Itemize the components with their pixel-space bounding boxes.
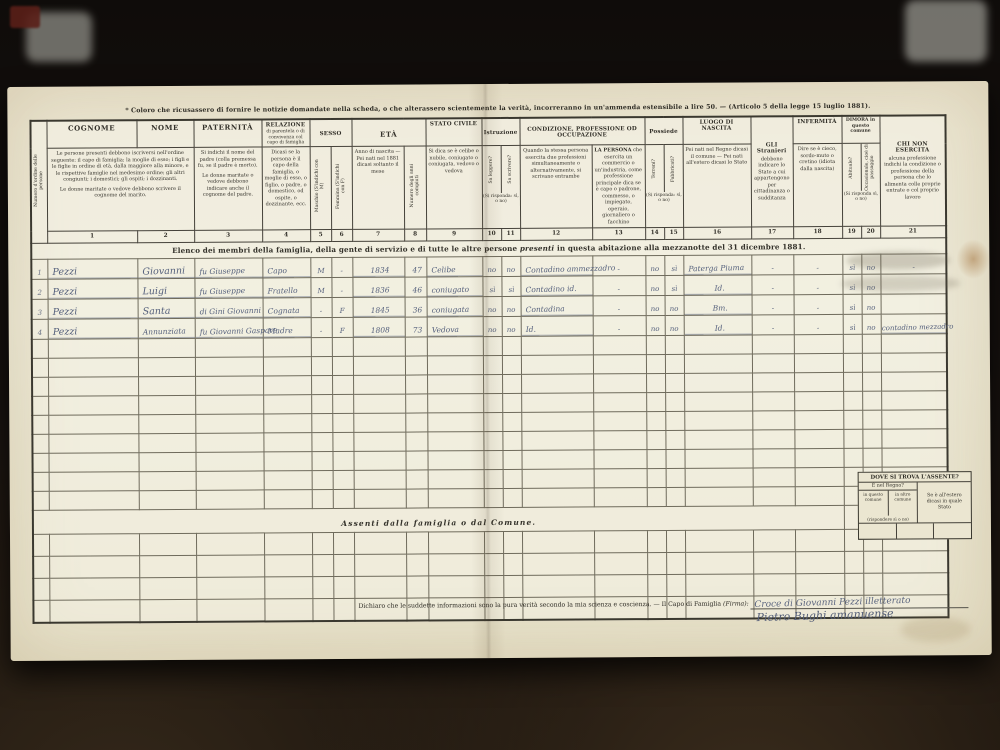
table-surface: * Coloro che ricusassero di fornire le n… bbox=[0, 0, 1000, 750]
cell-infermita: - bbox=[817, 322, 820, 332]
cell-stato-civile: Vedova bbox=[427, 323, 458, 335]
cell-nome: Annunziata bbox=[138, 325, 185, 337]
cell-anni: 36 bbox=[409, 304, 423, 315]
cell-terreni: no bbox=[651, 323, 660, 333]
cell-sa-scrivere: no bbox=[507, 324, 516, 334]
cell-sesso-f: - bbox=[341, 285, 344, 295]
cell-anni: 47 bbox=[408, 264, 422, 275]
cell-sa-scrivere: no bbox=[506, 264, 515, 274]
col-header-dimora: DIMORA in questo comune bbox=[841, 116, 879, 144]
label-occasionale: Occasionale, cioè di passaggio bbox=[865, 144, 876, 191]
dove-empty-cells bbox=[859, 522, 971, 539]
desc-stato-civile: Si dica se è celibe o nubile, coniugato … bbox=[426, 146, 483, 229]
cell-sa-leggere: no bbox=[488, 324, 497, 334]
cell-paternita: fu Giuseppe bbox=[195, 284, 245, 296]
cell-nome: Santa bbox=[138, 304, 170, 318]
cell-relazione: Capo bbox=[263, 264, 287, 276]
cell-sa-scrivere: sì bbox=[508, 284, 514, 294]
census-table: Numero d'ordine delle persone COGNOME NO… bbox=[29, 114, 949, 623]
desc-dimora: Abituale?Occasionale, cioè di passaggio … bbox=[842, 143, 881, 226]
cell-chi: - bbox=[912, 262, 915, 272]
dove-col-questo-comune: in questo comune bbox=[859, 491, 888, 516]
cell-abituale: sì bbox=[849, 302, 855, 312]
col-header-cognome: COGNOME bbox=[46, 120, 136, 148]
cell-sesso-m: M bbox=[317, 265, 324, 275]
col-header-condizione: CONDIZIONE, PROFESSIONE OD OCCUPAZIONE bbox=[519, 117, 644, 145]
desc-paternita: Si indichi il nome del padre (colla prem… bbox=[194, 147, 263, 230]
label-sa-scrivere: Sa scrivere? bbox=[508, 155, 513, 184]
cell-abituale: sì bbox=[849, 262, 855, 272]
cell-terreni: no bbox=[650, 263, 659, 273]
cell-anni: 46 bbox=[409, 284, 423, 295]
cell-condizione: Id. bbox=[521, 323, 535, 334]
cell-fabbricati: no bbox=[670, 323, 679, 333]
dove-col-altro-comune: in altro comune bbox=[887, 490, 917, 515]
cell-persona: - bbox=[618, 283, 621, 293]
col-header-numero: Numero d'ordine delle persone bbox=[30, 121, 47, 244]
col-header-chi-non-esercita: CHI NON ESERCITAalcuna professione indic… bbox=[879, 115, 946, 226]
cell-stranieri: - bbox=[771, 283, 774, 293]
row-number: 1 bbox=[37, 269, 42, 277]
cell-terreni: no bbox=[651, 283, 660, 293]
cell-sesso-f: - bbox=[341, 265, 344, 275]
cell-stranieri: - bbox=[771, 263, 774, 273]
cell-cognome: Pezzi bbox=[48, 264, 77, 278]
cell-sa-scrivere: no bbox=[507, 304, 516, 314]
header-desc-row: Le persone presenti debbono iscriversi n… bbox=[31, 143, 947, 232]
cell-condizione: Contadina bbox=[521, 302, 564, 314]
col-header-infermita: INFERMITÀ bbox=[792, 116, 841, 144]
clamp-right bbox=[905, 0, 987, 62]
dove-title: DOVE SI TROVA L'ASSENTE? bbox=[859, 472, 971, 483]
col-header-sesso: SESSO bbox=[309, 119, 351, 147]
cell-chi: contadino mezzadro bbox=[881, 321, 953, 333]
cell-anno-nascita: 1845 bbox=[367, 304, 390, 316]
col-header-paternita: PATERNITÀ bbox=[193, 119, 261, 147]
legal-note: * Coloro che ricusassero di fornire le n… bbox=[7, 102, 988, 115]
desc-luogo-nascita: Pei nati nel Regno dicasi il comune — Pe… bbox=[683, 144, 752, 227]
cell-sesso-m: M bbox=[317, 285, 324, 295]
desc-possiede: Terreni?Fabbricati? (Si risponda: sì, o … bbox=[645, 145, 684, 228]
cell-nome: Luigi bbox=[138, 284, 167, 298]
cell-luogo-nascita: Id. bbox=[710, 282, 724, 293]
signature-secondary: Pietro Bughi amanuense bbox=[752, 605, 893, 625]
row-number: 3 bbox=[38, 309, 43, 317]
desc-relazione: Dicasi se la persona è il capo della fam… bbox=[262, 147, 311, 230]
cell-stato-civile: coniugata bbox=[427, 303, 469, 315]
desc-condizione-12: Quando la stessa persona esercita due pr… bbox=[520, 145, 593, 228]
cell-anno-nascita: 1836 bbox=[367, 284, 390, 296]
desc-cognome-nome: Le persone presenti debbono iscriversi n… bbox=[47, 148, 195, 232]
col-header-stato-civile: STATO CIVILE bbox=[425, 118, 481, 146]
col-header-stranieri: GLI Stranieridebbono indicare lo Stato a… bbox=[750, 116, 793, 227]
cell-nome: Giovanni bbox=[138, 264, 185, 278]
cell-infermita: - bbox=[817, 262, 820, 272]
desc-eta-anni: Numero degli anni compiuti bbox=[404, 146, 427, 229]
cell-abituale: sì bbox=[849, 282, 855, 292]
cell-cognome: Pezzi bbox=[48, 304, 77, 318]
cell-fabbricati: sì bbox=[671, 283, 677, 293]
cell-anno-nascita: 1834 bbox=[367, 264, 390, 276]
row-number: 2 bbox=[38, 289, 43, 297]
stain bbox=[956, 239, 990, 279]
col-header-luogo-nascita: LUOGO DI NASCITA bbox=[682, 116, 750, 144]
cell-paternita: di Gini Giovanni bbox=[195, 304, 261, 317]
cell-stato-civile: Celibe bbox=[427, 263, 456, 275]
cell-occasionale: no bbox=[867, 282, 876, 292]
cell-stranieri: - bbox=[771, 303, 774, 313]
cell-persona: - bbox=[618, 303, 621, 313]
cell-infermita: - bbox=[817, 302, 820, 312]
desc-sesso-f: Femmina (S'indichi con F) bbox=[331, 147, 353, 230]
cell-relazione: Fratello bbox=[263, 284, 297, 296]
cell-anno-nascita: 1808 bbox=[367, 324, 390, 336]
label-sa-leggere: Sa leggere? bbox=[489, 156, 494, 184]
cell-relazione: Madre bbox=[263, 324, 292, 336]
cell-persona: - bbox=[618, 323, 621, 333]
cell-occasionale: no bbox=[867, 322, 876, 332]
cell-sa-leggere: no bbox=[487, 264, 496, 274]
cell-luogo-nascita: Id. bbox=[711, 322, 725, 333]
col-header-eta: ETÀ bbox=[351, 118, 425, 146]
desc-istruzione: Sa leggere?Sa scrivere? (Si risponda: sì… bbox=[482, 146, 521, 229]
col-header-nome: NOME bbox=[136, 120, 193, 148]
cell-occasionale: no bbox=[866, 262, 875, 272]
cell-cognome: Pezzi bbox=[48, 324, 77, 338]
cell-luogo-nascita: Paterga Piuma bbox=[684, 261, 744, 274]
col-header-possiede: Possiede bbox=[644, 117, 682, 145]
cell-relazione: Cognata bbox=[263, 304, 299, 316]
cell-sa-leggere: no bbox=[488, 304, 497, 314]
cell-infermita: - bbox=[817, 282, 820, 292]
col-header-relazione: RELAZIONEdi parentela o di convivenza co… bbox=[261, 119, 309, 147]
cell-occasionale: no bbox=[867, 302, 876, 312]
cell-stranieri: - bbox=[771, 323, 774, 333]
label-fabbricati: Fabbricati? bbox=[671, 155, 676, 181]
cell-fabbricati: no bbox=[670, 303, 679, 313]
dove-assente-box: DOVE SI TROVA L'ASSENTE? È nel Regno? in… bbox=[858, 471, 972, 540]
desc-sesso-m: Maschio (S'indichi con M) bbox=[310, 147, 332, 230]
assenti-title: Assenti dalla famiglia o dal Comune. bbox=[341, 518, 536, 528]
cell-condizione: Contadino id. bbox=[521, 282, 576, 294]
cell-sesso-m: - bbox=[320, 325, 323, 335]
cell-cognome: Pezzi bbox=[48, 284, 77, 298]
label-abituale: Abituale? bbox=[849, 157, 854, 179]
desc-infermita: Dire se è cieco, sordo-muto o cretino (i… bbox=[793, 144, 843, 227]
census-sheet: * Coloro che ricusassero di fornire le n… bbox=[7, 81, 991, 661]
stain bbox=[901, 616, 971, 642]
cell-abituale: sì bbox=[849, 322, 855, 332]
cell-stato-civile: coniugato bbox=[427, 283, 469, 295]
cell-sesso-f: F bbox=[340, 305, 345, 315]
cell-fabbricati: sì bbox=[671, 263, 677, 273]
cell-persona: - bbox=[618, 263, 621, 273]
desc-eta-anno: Anno di nascita — Pei nati nel 1881 dica… bbox=[352, 146, 405, 229]
label-terreni: Terreni? bbox=[652, 159, 657, 178]
row-number: 4 bbox=[38, 329, 43, 337]
cell-anni: 73 bbox=[409, 324, 423, 335]
col-header-istruzione: Istruzione bbox=[481, 118, 519, 146]
desc-condizione-13: LA PERSONA che esercita un commercio o u… bbox=[592, 145, 646, 228]
cell-sa-leggere: sì bbox=[489, 284, 495, 294]
numero-vertical-label: Numero d'ordine delle persone bbox=[34, 153, 45, 207]
cell-terreni: no bbox=[651, 303, 660, 313]
red-tag bbox=[10, 6, 40, 28]
cell-sesso-f: F bbox=[340, 325, 345, 335]
cell-sesso-m: - bbox=[320, 305, 323, 315]
dove-estero-label: Se è all'estero dicasi in quale Stato bbox=[918, 482, 971, 522]
cell-paternita: fu Giuseppe bbox=[195, 264, 245, 276]
cell-luogo-nascita: Bm. bbox=[708, 302, 727, 314]
